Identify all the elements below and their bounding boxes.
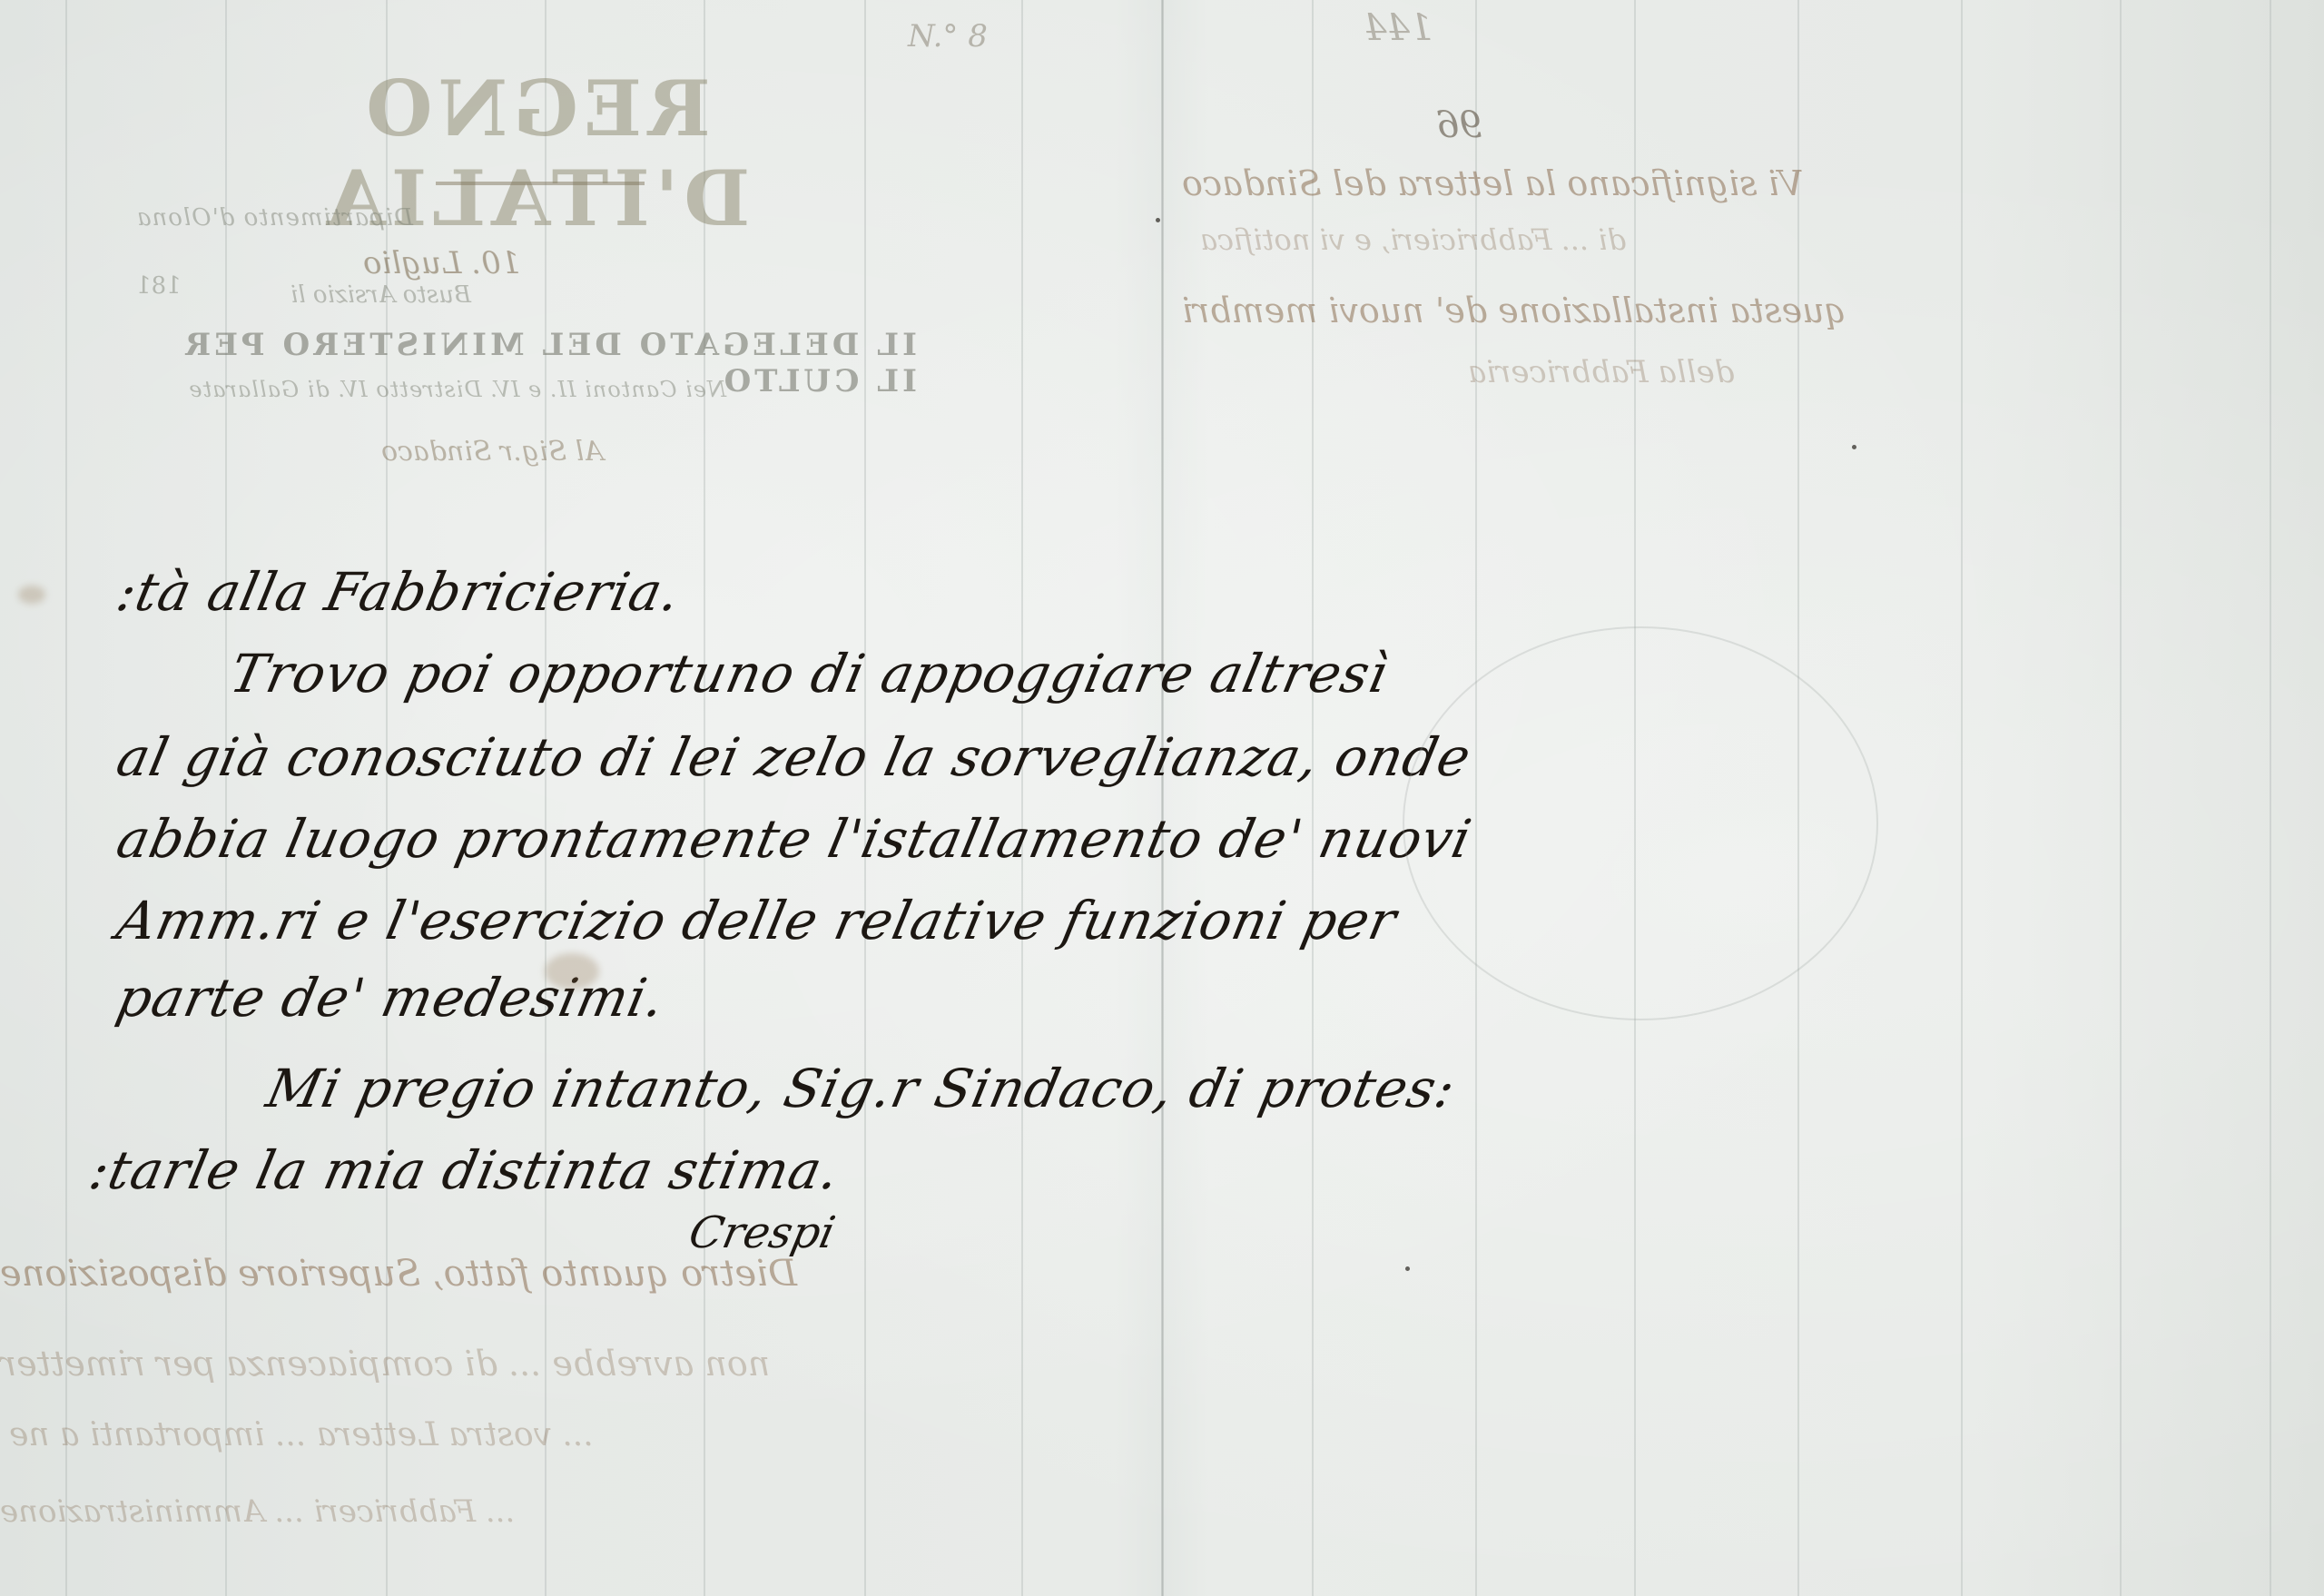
letterhead-department: Dipartimento d'Olona <box>136 204 413 232</box>
manuscript-spread: N.° 8 REGNO D'ITALIA Dipartimento d'Olon… <box>0 0 2324 1596</box>
letterhead-addressee: Al Sig.r Sindaco <box>381 436 604 468</box>
left-page: N.° 8 REGNO D'ITALIA Dipartimento d'Olon… <box>0 0 1162 1596</box>
right-offset-line: questa installazione de' nuovi membri <box>1182 291 1846 330</box>
offset-line: non avrebbe ... di compiacenza per rimet… <box>0 1344 770 1384</box>
folio-number: 96 <box>1436 104 1482 146</box>
letter-line: :tarle la mia distinta stima. <box>84 1139 846 1201</box>
speck <box>1852 445 1856 449</box>
ink-stain <box>18 586 45 604</box>
signature: Crespi <box>684 1207 840 1258</box>
offset-line: ... Fabbriceri ... Amministrazione <box>0 1493 515 1530</box>
letter-line: :tà alla Fabbricieria. <box>112 561 686 623</box>
right-offset-line: Vi significano la lettera del Sindaco <box>1182 163 1804 203</box>
right-offset-line: della Fabbriceria <box>1468 354 1734 390</box>
speck <box>1405 1266 1410 1271</box>
letterhead-district: Nei Cantoni II. e IV. Distretto IV. di G… <box>188 377 726 402</box>
letterhead-date-handwritten: 10. Luglio <box>363 245 520 281</box>
corner-mark: N.° 8 <box>908 18 988 54</box>
letterhead-year: 181 <box>136 272 182 300</box>
letterhead-rule <box>436 182 645 185</box>
right-offset-line: di ... Fabbricieri, e vi notifica <box>1200 222 1626 257</box>
speck <box>1156 218 1160 222</box>
letterhead-place-date: Busto Arsizio li <box>290 281 471 309</box>
offset-line: ... vostra Lettera ... importanti a ne <box>9 1416 594 1453</box>
ink-stain <box>545 953 599 990</box>
faint-seal-watermark <box>1403 626 1878 1020</box>
offset-line: Dietro quanto fatto, Superiore disposizi… <box>0 1253 797 1295</box>
page-number: 144 <box>1364 7 1433 49</box>
